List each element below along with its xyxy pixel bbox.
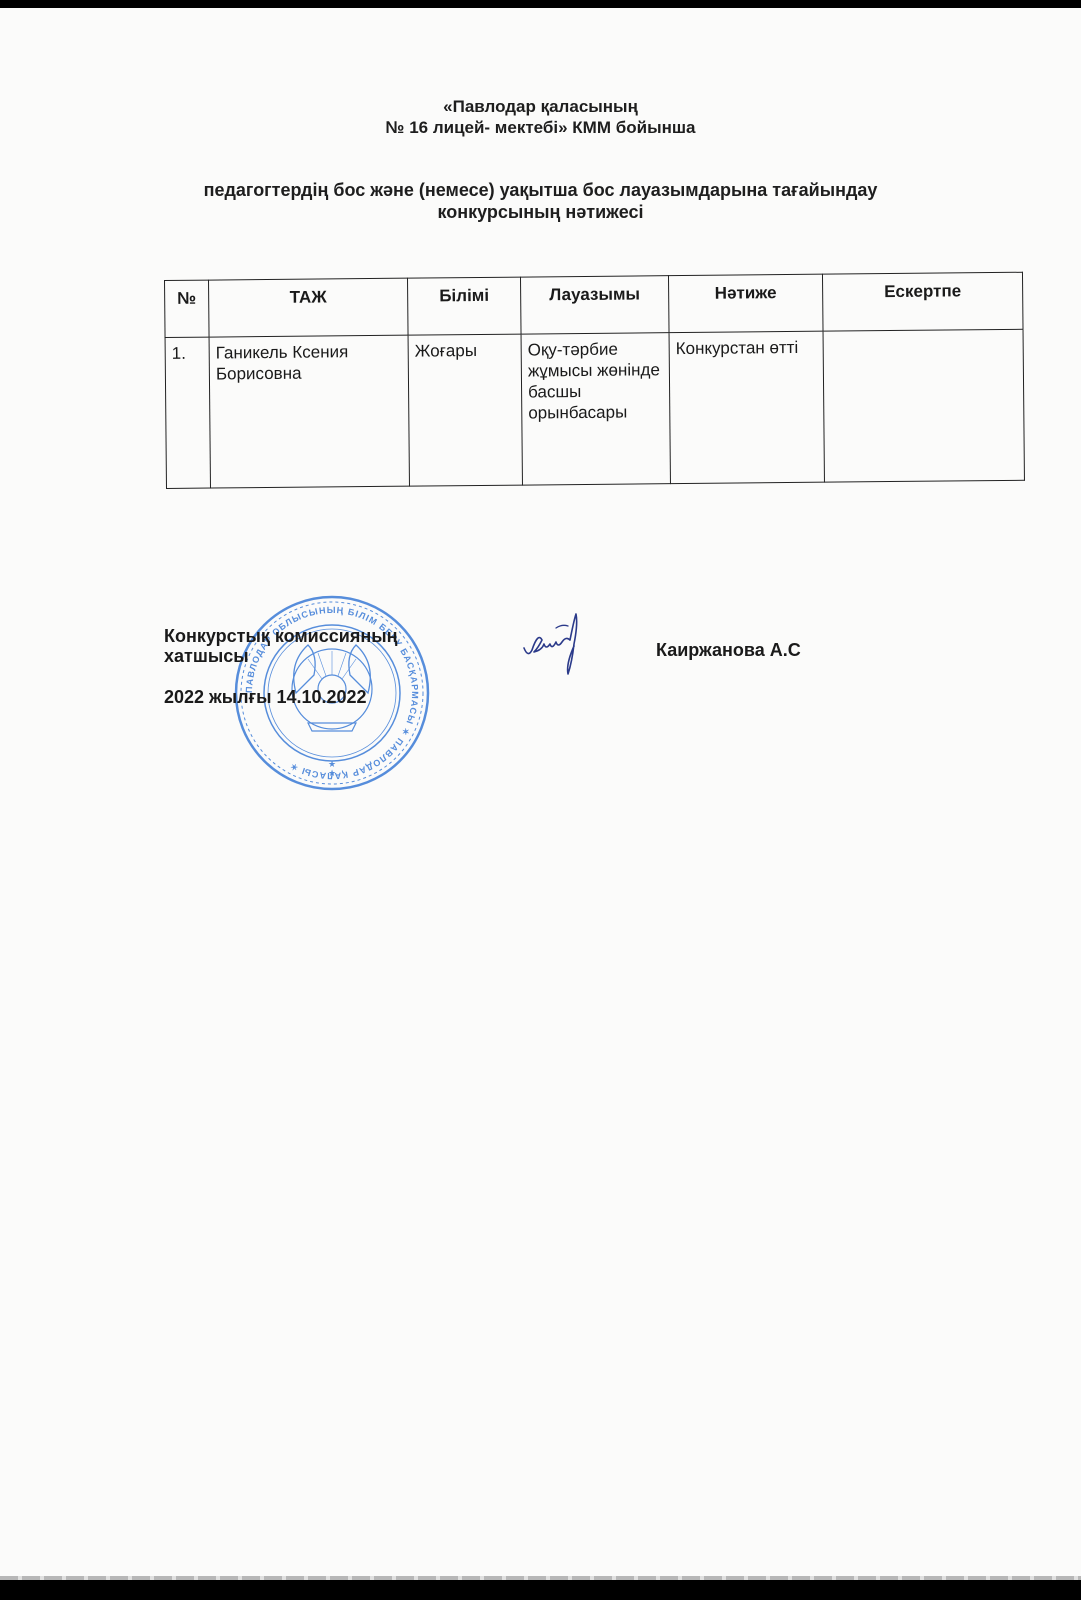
cell-education: Жоғары (408, 334, 522, 486)
cell-full-name: Ганикель Ксения Борисовна (209, 335, 409, 488)
table-header-row: № ТАЖ Білімі Лауазымы Нәтиже Ескертпе (165, 272, 1024, 337)
scan-edge (0, 1576, 1081, 1580)
signature-date: 2022 жылғы 14.10.2022 (164, 687, 367, 708)
subtitle-line-1: педагогтердің бос және (немесе) уақытша … (0, 180, 1081, 200)
header-number: № (165, 280, 210, 337)
cell-number: 1. (165, 337, 210, 488)
header-full-name: ТАЖ (209, 278, 409, 337)
header-position: Лауазымы (520, 276, 669, 334)
header-education: Білімі (407, 277, 521, 335)
subtitle-line-2: конкурсының нәтижесі (0, 202, 1081, 222)
document-page: «Павлодар қаласының № 16 лицей- мектебі»… (0, 8, 1081, 1580)
cell-position: Оқу-тәрбие жұмысы жөнінде басшы орынбаса… (521, 333, 670, 485)
cell-result: Конкурстан өтті (669, 331, 824, 483)
title-line-1: «Павлодар қаласының (0, 97, 1081, 117)
header-result: Нәтиже (668, 274, 823, 332)
results-table: № ТАЖ Білімі Лауазымы Нәтиже Ескертпе 1.… (164, 272, 1025, 489)
header-note: Ескертпе (822, 272, 1023, 331)
cell-note (823, 329, 1024, 482)
signatory-role-line-1: Конкурстық комиссияның (164, 626, 397, 647)
title-line-2: № 16 лицей- мектебі» КММ бойынша (0, 118, 1081, 138)
table-row: 1. Ганикель Ксения Борисовна Жоғары Оқу-… (165, 329, 1024, 488)
handwritten-signature-icon (520, 608, 600, 678)
signer-name: Каиржанова А.С (656, 640, 801, 661)
signatory-role-line-2: хатшысы (164, 646, 249, 667)
